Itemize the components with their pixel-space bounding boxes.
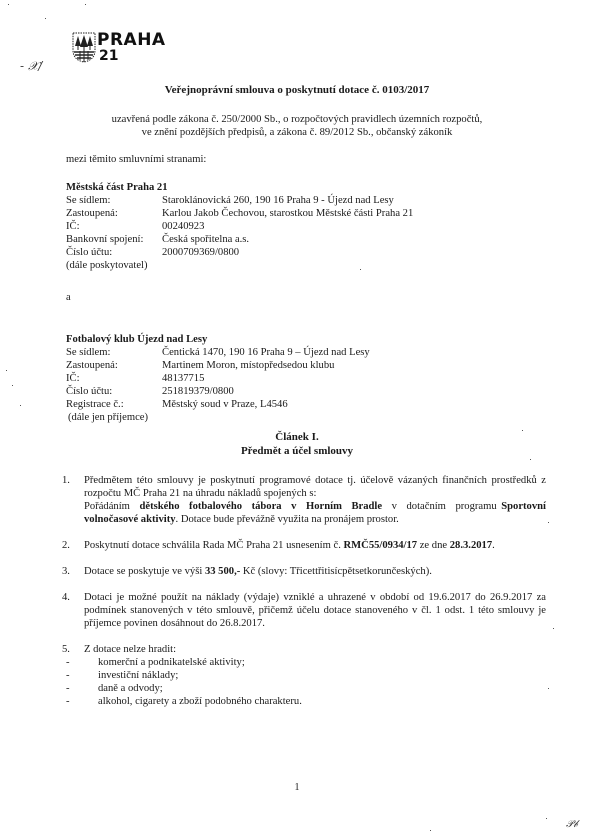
scan-speck <box>522 430 523 431</box>
scan-speck <box>546 818 547 819</box>
exclusion-item: daně a odvody; <box>62 682 546 695</box>
scan-speck <box>553 628 554 629</box>
article-number: Článek I. <box>0 431 594 445</box>
clause-text: . <box>492 540 495 551</box>
page-number: 1 <box>0 781 594 794</box>
field-value: Městský soud v Praze, L4546 <box>162 398 288 411</box>
clause-text: Z dotace nelze hradit: <box>84 644 176 655</box>
recipient-field: Číslo účtu:251819379/0800 <box>66 385 536 398</box>
field-label: Zastoupená: <box>66 207 162 220</box>
provider-block: Městská část Praha 21 Se sídlem:Staroklá… <box>66 181 536 272</box>
clause-5: 5. Z dotace nelze hradit: komerční a pod… <box>62 643 546 708</box>
field-value: Staroklánovická 260, 190 16 Praha 9 - Új… <box>162 194 394 207</box>
clause-text: v dotačním programu <box>392 501 497 512</box>
clause-text: Dotaci je možné použít na náklady (výdaj… <box>84 592 546 629</box>
clause-number: 3. <box>62 565 70 578</box>
provider-field: Bankovní spojení:Česká spořitelna a.s. <box>66 233 536 246</box>
logo-text: PRAHA <box>97 31 166 49</box>
field-value: Karlou Jakob Čechovou, starostkou Městsk… <box>162 207 413 220</box>
recipient-name: Fotbalový klub Újezd nad Lesy <box>66 333 536 346</box>
clause-text: Dotace se poskytuje ve výši <box>84 566 202 577</box>
scan-speck <box>20 405 21 406</box>
article-heading: Článek I. Předmět a účel smlouvy <box>0 431 594 459</box>
clause-text: ze dne <box>420 540 447 551</box>
logo-number: 21 <box>99 48 118 64</box>
exclusion-item: alkohol, cigarety a zboží podobného char… <box>62 695 546 708</box>
law-reference-line: uzavřená podle zákona č. 250/2000 Sb., o… <box>0 113 594 126</box>
clause-text: Pořádáním <box>84 501 130 512</box>
resolution-number: RMČ55/0934/17 <box>344 540 418 551</box>
resolution-date: 28.3.2017 <box>450 540 492 551</box>
clause-4: 4. Dotaci je možné použít na náklady (vý… <box>62 591 546 630</box>
provider-name: Městská část Praha 21 <box>66 181 536 194</box>
scan-speck <box>12 385 13 386</box>
recipient-field: Registrace č.:Městský soud v Praze, L454… <box>66 398 536 411</box>
clause-text: . Dotace bude převážně využita na pronáj… <box>176 514 399 525</box>
contract-title: Veřejnoprávní smlouva o poskytnutí dotac… <box>0 84 594 97</box>
scan-speck <box>85 4 86 5</box>
provider-field: Číslo účtu:2000709369/0800 <box>66 246 536 259</box>
field-label: IČ: <box>66 220 162 233</box>
article-title: Předmět a účel smlouvy <box>0 445 594 459</box>
camp-name: dětského fotbalového tábora v Horním Bra… <box>139 501 382 512</box>
coat-of-arms-icon <box>72 32 96 63</box>
law-reference-line: ve znění pozdějších předpisů, a zákona č… <box>0 126 594 139</box>
praha-21-logo: PRAHA 21 <box>72 32 172 72</box>
field-value: Čentická 1470, 190 16 Praha 9 – Újezd na… <box>162 346 370 359</box>
clause-text: Poskytnutí dotace schválila Rada MČ Prah… <box>84 540 341 551</box>
exclusions-list: komerční a podnikatelské aktivity; inves… <box>62 656 546 708</box>
provider-field: Zastoupená:Karlou Jakob Čechovou, staros… <box>66 207 536 220</box>
clauses-list: 1. Předmětem této smlouvy je poskytnutí … <box>62 474 546 708</box>
scan-speck <box>430 830 431 831</box>
clause-2: 2. Poskytnutí dotace schválila Rada MČ P… <box>62 539 546 552</box>
clause-number: 4. <box>62 591 70 604</box>
grant-amount: 33 500,- <box>205 566 240 577</box>
scan-speck <box>548 522 549 523</box>
field-label: Číslo účtu: <box>66 246 162 259</box>
recipient-field: IČ:48137715 <box>66 372 536 385</box>
field-label: Se sídlem: <box>66 346 162 359</box>
scan-speck <box>6 370 7 371</box>
clause-number: 1. <box>62 474 70 487</box>
field-label: IČ: <box>66 372 162 385</box>
handwritten-margin-mark: - 𝒳/ <box>20 60 42 73</box>
scan-speck <box>8 4 9 5</box>
recipient-block: Fotbalový klub Újezd nad Lesy Se sídlem:… <box>66 333 536 424</box>
recipient-note: (dále jen příjemce) <box>66 411 536 424</box>
field-label: Zastoupená: <box>66 359 162 372</box>
clause-text: Předmětem této smlouvy je poskytnutí pro… <box>84 475 546 499</box>
field-value: 2000709369/0800 <box>162 246 239 259</box>
field-value: Česká spořitelna a.s. <box>162 233 249 246</box>
clause-number: 5. <box>62 643 70 656</box>
scan-speck <box>360 269 361 270</box>
scan-speck <box>45 18 46 19</box>
field-label: Se sídlem: <box>66 194 162 207</box>
field-value: Martinem Moron, místopředsedou klubu <box>162 359 334 372</box>
clause-number: 2. <box>62 539 70 552</box>
handwritten-initials: 𝒫𝒷 <box>566 818 578 831</box>
recipient-field: Se sídlem:Čentická 1470, 190 16 Praha 9 … <box>66 346 536 359</box>
field-value: 251819379/0800 <box>162 385 234 398</box>
field-label: Bankovní spojení: <box>66 233 162 246</box>
scan-speck <box>548 688 549 689</box>
clause-1: 1. Předmětem této smlouvy je poskytnutí … <box>62 474 546 526</box>
field-value: 48137715 <box>162 372 204 385</box>
provider-field: Se sídlem:Staroklánovická 260, 190 16 Pr… <box>66 194 536 207</box>
provider-field: IČ:00240923 <box>66 220 536 233</box>
clause-text: Kč (slovy: Třicettřitisícpětsetkorunčesk… <box>243 566 432 577</box>
exclusion-item: komerční a podnikatelské aktivity; <box>62 656 546 669</box>
clause-3: 3. Dotace se poskytuje ve výši 33 500,- … <box>62 565 546 578</box>
between-parties-text: mezi těmito smluvními stranami: <box>66 153 206 166</box>
provider-note: (dále poskytovatel) <box>66 259 536 272</box>
field-label: Registrace č.: <box>66 398 162 411</box>
field-label: Číslo účtu: <box>66 385 162 398</box>
conjunction-and: a <box>66 291 71 304</box>
field-value: 00240923 <box>162 220 204 233</box>
law-reference: uzavřená podle zákona č. 250/2000 Sb., o… <box>0 113 594 139</box>
scan-speck <box>530 459 531 460</box>
recipient-field: Zastoupená:Martinem Moron, místopředsedo… <box>66 359 536 372</box>
exclusion-item: investiční náklady; <box>62 669 546 682</box>
